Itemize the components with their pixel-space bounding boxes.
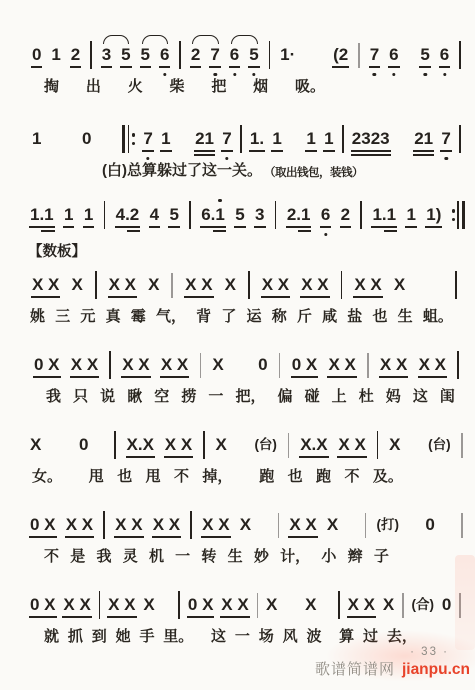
note: 1	[406, 205, 415, 225]
lyric-cell: 我	[46, 387, 61, 406]
note: 6	[440, 45, 449, 65]
note-text: 7	[222, 129, 231, 148]
lyric-cell: 不	[174, 467, 189, 486]
note: 6	[389, 45, 398, 65]
barline	[109, 349, 111, 381]
tie-arc	[142, 35, 169, 44]
underline	[288, 536, 317, 538]
score-system: 1.1114.2456.1532.1621.111)	[0, 194, 475, 236]
underline	[160, 376, 189, 378]
score-system: 012355627651·(27656掏出火柴把烟吸。	[0, 34, 475, 96]
lyric-cell: 火	[128, 77, 143, 96]
lyrics-row: 女。甩也甩不掉，跑也跑不及。	[0, 467, 475, 486]
note: X	[383, 595, 394, 615]
lyric-cell: 烟	[253, 77, 268, 96]
lyric-cell: 只	[73, 387, 88, 406]
lyric-cell: 里。	[163, 627, 193, 646]
note: X	[327, 515, 338, 535]
underline	[209, 66, 220, 68]
underline	[229, 66, 240, 68]
barline	[240, 123, 242, 155]
barline	[275, 199, 277, 231]
lyrics-row: 姚三元真霉气，背了运称斤咸盐也生蛆。	[0, 307, 475, 326]
underline	[351, 150, 391, 152]
spacer	[179, 139, 187, 140]
note: X X	[66, 515, 93, 535]
note: X X	[108, 595, 135, 615]
spacer	[163, 605, 171, 606]
tie-arc	[192, 35, 219, 44]
lyrics-row: 不是我灵机一转生妙计，小辫子	[0, 547, 475, 566]
lyric-cell: 说	[100, 387, 115, 406]
note-text: X X	[380, 355, 407, 374]
note: X X	[328, 355, 355, 375]
score-system: 0 XX XX XX XX00 XX XX XX X我只说瞅空捞一把，偏碰上杜妈…	[0, 344, 475, 406]
note: X	[148, 275, 159, 295]
underline	[353, 296, 382, 298]
note-text: 1	[161, 129, 170, 148]
lyric-cell: 霉	[131, 307, 146, 326]
low-octave-dot	[373, 73, 376, 76]
lyric-cell: 真	[106, 307, 121, 326]
note-text: (台)	[428, 437, 451, 452]
lyric-cell: 也	[288, 467, 303, 486]
note: X X	[115, 515, 142, 535]
note-text: X X	[328, 355, 355, 374]
barline-light	[461, 429, 463, 461]
underline	[101, 66, 112, 68]
note-text: (2	[333, 45, 348, 64]
underline	[152, 536, 181, 538]
underline	[164, 456, 193, 458]
underline	[187, 616, 215, 618]
note-text: X X	[32, 275, 59, 294]
underline	[29, 616, 57, 618]
note-text: 1	[272, 129, 281, 148]
note: X	[266, 595, 277, 615]
note: 1.1	[372, 205, 396, 225]
note: (台)	[428, 435, 451, 455]
lyric-cell: 吸。	[295, 77, 325, 96]
note: 0 X	[34, 355, 60, 375]
underline	[31, 296, 60, 298]
note: X X	[301, 275, 328, 295]
note: X	[240, 515, 251, 535]
note-text: X X	[185, 275, 212, 294]
notation-row: X XXX XXX XXX XX XX XX	[0, 264, 475, 306]
note: 4	[150, 205, 159, 225]
spacer	[290, 139, 298, 140]
barline-light	[279, 349, 281, 381]
barline	[459, 39, 461, 71]
note: 0	[258, 355, 267, 375]
lyric-cell: (白)总算躲过了这一关。	[102, 161, 262, 183]
note-text: X.X	[300, 435, 327, 454]
note: 5	[235, 205, 244, 225]
lyric-cell: 跑	[259, 467, 274, 486]
note-text: 0	[82, 129, 91, 148]
note-text: 2	[71, 45, 80, 64]
barline-light	[288, 429, 290, 461]
note: X X	[109, 275, 136, 295]
note: 0 X	[30, 595, 56, 615]
note-text: 0	[79, 435, 88, 454]
note: 6	[160, 45, 169, 65]
notation-row: 0 XX XX XX0 XX XXXX XX(合)0	[0, 584, 475, 626]
spacer	[235, 365, 247, 366]
underline	[190, 66, 201, 68]
notation-row: 10712171.1112323217	[0, 118, 475, 160]
note-text: 1	[406, 205, 415, 224]
underline	[41, 230, 54, 232]
lyric-cell: 斤	[297, 307, 312, 326]
note: 7	[210, 45, 219, 65]
note: 5	[121, 45, 130, 65]
note: 1	[51, 45, 60, 65]
underline	[142, 150, 153, 152]
spacer	[411, 445, 417, 446]
note-text: X.X	[127, 435, 154, 454]
lyric-cell: 跑	[316, 467, 331, 486]
underline	[159, 66, 170, 68]
note-text: 1.	[250, 129, 264, 148]
note-text: 5	[420, 45, 429, 64]
barline	[178, 589, 180, 621]
underline	[291, 376, 319, 378]
note: 2.1	[287, 205, 311, 225]
underline	[425, 226, 442, 228]
lyric-cell: （取出钱包，装钱）	[264, 161, 363, 183]
underline	[70, 66, 81, 68]
note: X X	[419, 355, 446, 375]
note-text: X X	[221, 595, 248, 614]
notation-row: 012355627651·(27656	[0, 34, 475, 76]
note: X.X	[300, 435, 327, 455]
spacer	[445, 525, 451, 526]
note-text: X X	[338, 435, 365, 454]
note: 3	[255, 205, 264, 225]
barline	[269, 39, 271, 71]
note-text: 5	[121, 45, 130, 64]
note: 1)	[426, 205, 441, 225]
underline	[114, 536, 143, 538]
note-text: 1	[64, 205, 73, 224]
low-octave-dot	[423, 73, 426, 76]
note: X	[394, 275, 405, 295]
note-text: 0	[32, 45, 41, 64]
barline	[179, 39, 181, 71]
note-text: 2	[191, 45, 200, 64]
note-text: X	[383, 595, 394, 614]
watermark-edge	[455, 555, 475, 650]
underline	[194, 150, 215, 152]
note-text: 21	[414, 129, 433, 148]
note: 6	[230, 45, 239, 65]
low-octave-dot	[146, 157, 149, 160]
underline	[220, 616, 249, 618]
note-text: 1·	[280, 45, 295, 64]
barline	[99, 589, 101, 621]
note: X	[143, 595, 154, 615]
score-system: 0 XX XX XX XX XXX XX(打)0不是我灵机一转生妙计，小辫子	[0, 504, 475, 566]
lyric-cell: 称	[272, 307, 287, 326]
lyric-cell: 上	[332, 387, 347, 406]
note: X X	[161, 355, 188, 375]
lyric-cell: 灵	[123, 547, 138, 566]
note: 0 X	[292, 355, 318, 375]
underline	[323, 150, 334, 152]
note-text: X	[266, 595, 277, 614]
note: X X	[153, 515, 180, 535]
lyric-cell: 空	[154, 387, 169, 406]
underline	[126, 456, 155, 458]
note: 1.	[250, 129, 264, 149]
lyric-cell: 杜	[359, 387, 374, 406]
lyric-cell: 就	[44, 627, 59, 646]
lyric-cell: 一	[175, 547, 190, 566]
tie-group: 27	[191, 45, 220, 65]
note: 7	[222, 129, 231, 149]
lyric-cell: 她	[116, 627, 131, 646]
note-text: 7	[441, 129, 450, 148]
score-system: X0X.XX XX(台)X.XX XX(台)女。甩也甩不掉，跑也跑不及。	[0, 424, 475, 486]
barline-light	[358, 39, 360, 71]
underline	[213, 230, 226, 232]
underline	[371, 226, 397, 228]
spacer	[324, 605, 330, 606]
note-text: X X	[115, 515, 142, 534]
note: 6	[321, 205, 330, 225]
spacer	[52, 445, 68, 446]
spacer	[261, 525, 267, 526]
underline	[248, 66, 259, 68]
underline	[320, 226, 331, 228]
underline	[379, 376, 408, 378]
notation-row: X0X.XX XX(台)X.XX XX(台)	[0, 424, 475, 466]
note-text: 0 X	[188, 595, 214, 614]
lyric-cell: 我	[96, 547, 111, 566]
barline-light	[278, 509, 280, 541]
underline	[201, 536, 230, 538]
tie-group: 56	[141, 45, 170, 65]
note: 6.1	[201, 205, 225, 225]
underline	[300, 296, 329, 298]
repeat-end-barline	[452, 199, 465, 231]
tie-arc	[231, 35, 258, 44]
note-text: X X	[348, 595, 375, 614]
barline	[103, 509, 105, 541]
note-text: 6	[160, 45, 169, 64]
underline	[194, 154, 215, 156]
note: 4.2	[116, 205, 140, 225]
note-text: 1.1	[30, 205, 54, 224]
lyric-cell: 一	[235, 627, 250, 646]
note: X X	[262, 275, 289, 295]
underline	[33, 376, 61, 378]
lyric-cell: 辫	[348, 547, 363, 566]
underline	[347, 616, 376, 618]
spacer	[305, 55, 323, 56]
underline	[115, 226, 141, 228]
note-text: 4	[150, 205, 159, 224]
note: X.X	[127, 435, 154, 455]
spacer	[285, 605, 297, 606]
underline	[65, 536, 94, 538]
spacer	[238, 445, 244, 446]
lyric-cell: 甩	[89, 467, 104, 486]
note-text: 4.2	[116, 205, 140, 224]
barline	[248, 269, 250, 301]
lyric-cell: 这	[413, 387, 428, 406]
note-text: 6	[321, 205, 330, 224]
note: 0	[82, 129, 91, 149]
lyrics-row: 掏出火柴把烟吸。	[0, 77, 475, 96]
notation-row: 0 XX XX XX XX00 XX XX XX X	[0, 344, 475, 386]
note-text: 7	[143, 129, 152, 148]
underline	[29, 226, 55, 228]
high-octave-dot	[218, 199, 221, 202]
barline	[95, 269, 97, 301]
note-text: X X	[109, 275, 136, 294]
underline	[63, 226, 74, 228]
note: X X	[63, 595, 90, 615]
note: 21	[414, 129, 433, 149]
note-text: X	[30, 435, 41, 454]
repeat-dots	[132, 133, 135, 144]
note: X X	[165, 435, 192, 455]
lyric-cell: 柴	[169, 77, 184, 96]
note-text: 1	[51, 45, 60, 64]
spacer	[409, 525, 415, 526]
lyric-cell: 咸	[322, 307, 337, 326]
lyric-cell: 计，	[280, 547, 310, 566]
underline	[332, 66, 349, 68]
note: 7	[143, 129, 152, 149]
note: X X	[71, 355, 98, 375]
note-text: X	[305, 595, 316, 614]
barline	[104, 199, 106, 231]
note-text: 6	[230, 45, 239, 64]
note: 2	[191, 45, 200, 65]
note: 7	[441, 129, 450, 149]
note-text: X	[389, 435, 400, 454]
spacer	[398, 139, 406, 140]
lyric-cell: 生	[228, 547, 243, 566]
note-text: 0 X	[30, 595, 56, 614]
low-octave-dot	[444, 157, 447, 160]
note-text: 1.1	[372, 205, 396, 224]
note: 2	[71, 45, 80, 65]
lyric-cell: 了	[221, 307, 236, 326]
note: X	[225, 275, 236, 295]
note-text: 2.1	[287, 205, 311, 224]
note-text: X X	[153, 515, 180, 534]
spacer	[408, 55, 410, 56]
note: (合)	[412, 595, 435, 615]
score-page: 012355627651·(27656掏出火柴把烟吸。10712171.1112…	[0, 0, 475, 690]
underline	[299, 456, 328, 458]
lyric-cell: 也	[117, 467, 132, 486]
note-text: X	[215, 435, 226, 454]
underline	[327, 376, 356, 378]
tie-group: 35	[102, 45, 131, 65]
lyric-cell: 一	[208, 387, 223, 406]
note-text: 0	[425, 515, 434, 534]
note: (打)	[376, 515, 399, 535]
note: 5	[420, 45, 429, 65]
lyric-cell: 生	[398, 307, 413, 326]
score-system: X XXX XXX XXX XX XX XX姚三元真霉气，背了运称斤咸盐也生蛆。	[0, 264, 475, 326]
note-text: 2323	[352, 129, 390, 148]
underline	[298, 230, 311, 232]
note: 0	[32, 45, 41, 65]
note: (台)	[254, 435, 277, 455]
low-octave-dot	[163, 73, 166, 76]
note: X X	[348, 595, 375, 615]
lyric-cell: 机	[149, 547, 164, 566]
lyric-cell: 妙	[254, 547, 269, 566]
note: X X	[185, 275, 212, 295]
spacer	[50, 139, 74, 140]
note-text: 3	[102, 45, 111, 64]
note: 0	[425, 515, 434, 535]
note-text: 5	[235, 205, 244, 224]
lyric-cell: 是	[70, 547, 85, 566]
underline	[70, 376, 99, 378]
lyric-cell: 转	[201, 547, 216, 566]
tie-arc	[103, 35, 130, 44]
note: X X	[338, 435, 365, 455]
low-octave-dot	[225, 157, 228, 160]
note: X X	[122, 355, 149, 375]
underline	[160, 150, 171, 152]
underline	[83, 226, 94, 228]
lyric-cell: 瞅	[127, 387, 142, 406]
note-text: X X	[262, 275, 289, 294]
note: 0	[79, 435, 88, 455]
lyric-cell: 小	[321, 547, 336, 566]
barline-light	[200, 349, 202, 381]
note: 1·	[280, 45, 295, 65]
note-text: 2	[341, 205, 350, 224]
note-text: X X	[161, 355, 188, 374]
underline	[184, 296, 213, 298]
low-octave-dot	[324, 233, 327, 236]
note-text: (台)	[254, 437, 277, 452]
underline	[418, 376, 447, 378]
underline	[286, 226, 312, 228]
note-text: 0 X	[30, 515, 56, 534]
note-text: X X	[108, 595, 135, 614]
lyric-cell: 手	[139, 627, 154, 646]
note-text: 0 X	[34, 355, 60, 374]
underline	[305, 150, 316, 152]
note: 1.1	[30, 205, 54, 225]
note: 2	[341, 205, 350, 225]
lyric-cell: 碰	[305, 387, 320, 406]
note-text: X X	[354, 275, 381, 294]
barline	[342, 123, 344, 155]
spacer	[99, 445, 103, 446]
site-url-link[interactable]: jianpu.cn	[402, 661, 470, 679]
barline	[189, 199, 191, 231]
note-text: 7	[210, 45, 219, 64]
lyric-cell: 偏	[278, 387, 293, 406]
underline	[413, 154, 434, 156]
lyric-cell: 不	[44, 547, 59, 566]
note: 1	[306, 129, 315, 149]
note-text: 0 X	[292, 355, 318, 374]
